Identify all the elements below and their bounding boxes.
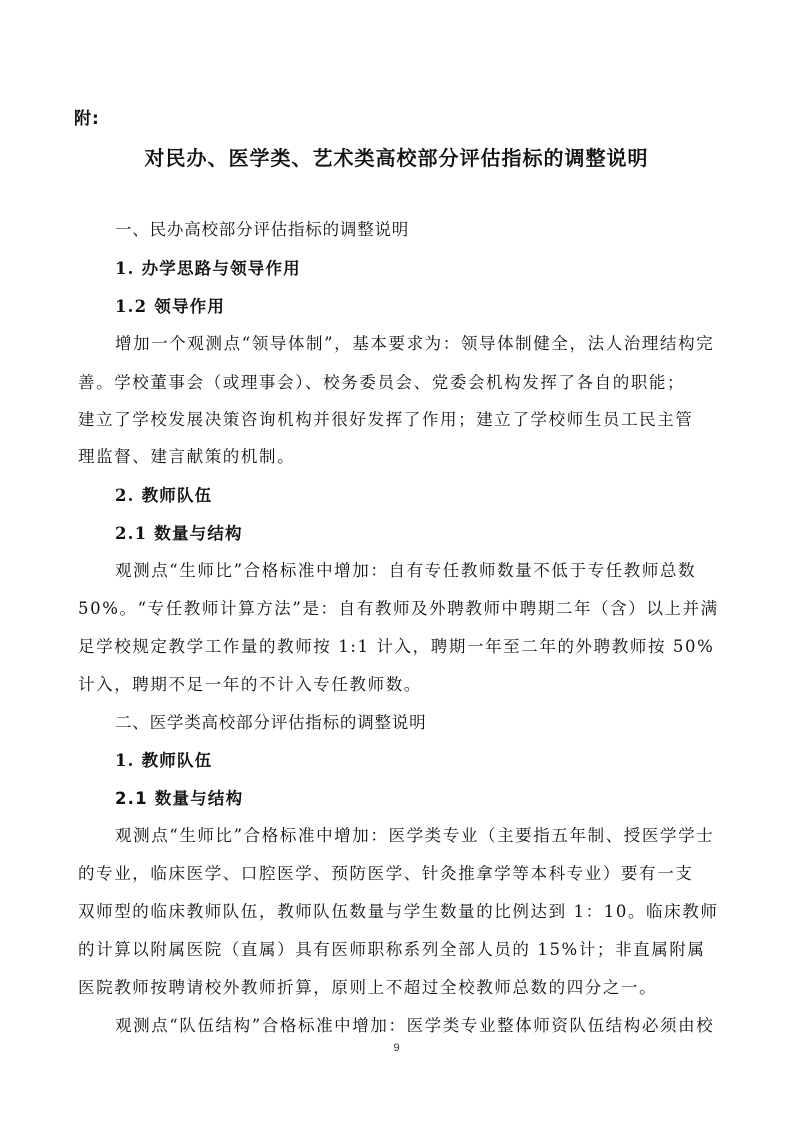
paragraph-line: 增加一个观测点“领导体制”，基本要求为：领导体制健全，法人治理结构完 xyxy=(115,330,714,354)
document-title: 对民办、医学类、艺术类高校部分评估指标的调整说明 xyxy=(0,142,793,171)
subsection-heading-teaching-staff: 1. 教师队伍 xyxy=(115,747,212,771)
paragraph-line: 建立了学校发展决策咨询机构并很好发挥了作用；建立了学校师生员工民主管 xyxy=(78,406,693,430)
attachment-label: 附: xyxy=(74,104,100,129)
document-page: 附: 对民办、医学类、艺术类高校部分评估指标的调整说明 一、民办高校部分评估指标… xyxy=(0,0,793,1122)
section-heading-private-universities: 一、民办高校部分评估指标的调整说明 xyxy=(115,216,409,240)
paragraph-line: 理监督、建言献策的机制。 xyxy=(78,443,295,467)
paragraph-line: 善。学校董事会（或理事会）、校务委员会、党委会机构发挥了各自的职能； xyxy=(78,369,685,393)
paragraph-line: 观测点“生师比”合格标准中增加：自有专任教师数量不低于专任教师总数 xyxy=(115,557,696,581)
paragraph-line: 医院教师按聘请校外教师折算，原则上不超过全校教师总数的四分之一。 xyxy=(78,974,657,998)
paragraph-line: 的专业，临床医学、口腔医学、预防医学、针灸推拿学等本科专业）要有一支 xyxy=(78,860,693,884)
paragraph-line: 双师型的临床教师队伍，教师队伍数量与学生数量的比例达到 1：10。临床教师 xyxy=(78,898,718,922)
item-heading-leadership: 1.2 领导作用 xyxy=(115,293,225,317)
item-heading-quantity-structure: 2.1 数量与结构 xyxy=(115,520,243,544)
paragraph-line: 观测点“队伍结构”合格标准中增加：医学类专业整体师资队伍结构必须由校 xyxy=(115,1012,714,1036)
page-number: 9 xyxy=(0,1042,793,1054)
paragraph-line: 观测点“生师比”合格标准中增加：医学类专业（主要指五年制、授医学学士 xyxy=(115,822,714,846)
paragraph-line: 足学校规定教学工作量的教师按 1:1 计入，聘期一年至二年的外聘教师按 50% xyxy=(78,633,714,657)
item-heading-quantity-structure: 2.1 数量与结构 xyxy=(115,785,243,809)
section-heading-medical-universities: 二、医学类高校部分评估指标的调整说明 xyxy=(115,709,426,733)
subsection-heading-teaching-staff: 2. 教师队伍 xyxy=(115,482,212,506)
paragraph-line: 计入，聘期不足一年的不计入专任教师数。 xyxy=(78,671,422,695)
paragraph-line: 的计算以附属医院（直属）具有医师职称系列全部人员的 15%计；非直属附属 xyxy=(78,936,706,960)
subsection-heading-school-philosophy: 1. 办学思路与领导作用 xyxy=(115,255,301,279)
paragraph-line: 50%。“专任教师计算方法”是：自有教师及外聘教师中聘期二年（含）以上并满 xyxy=(78,595,719,619)
